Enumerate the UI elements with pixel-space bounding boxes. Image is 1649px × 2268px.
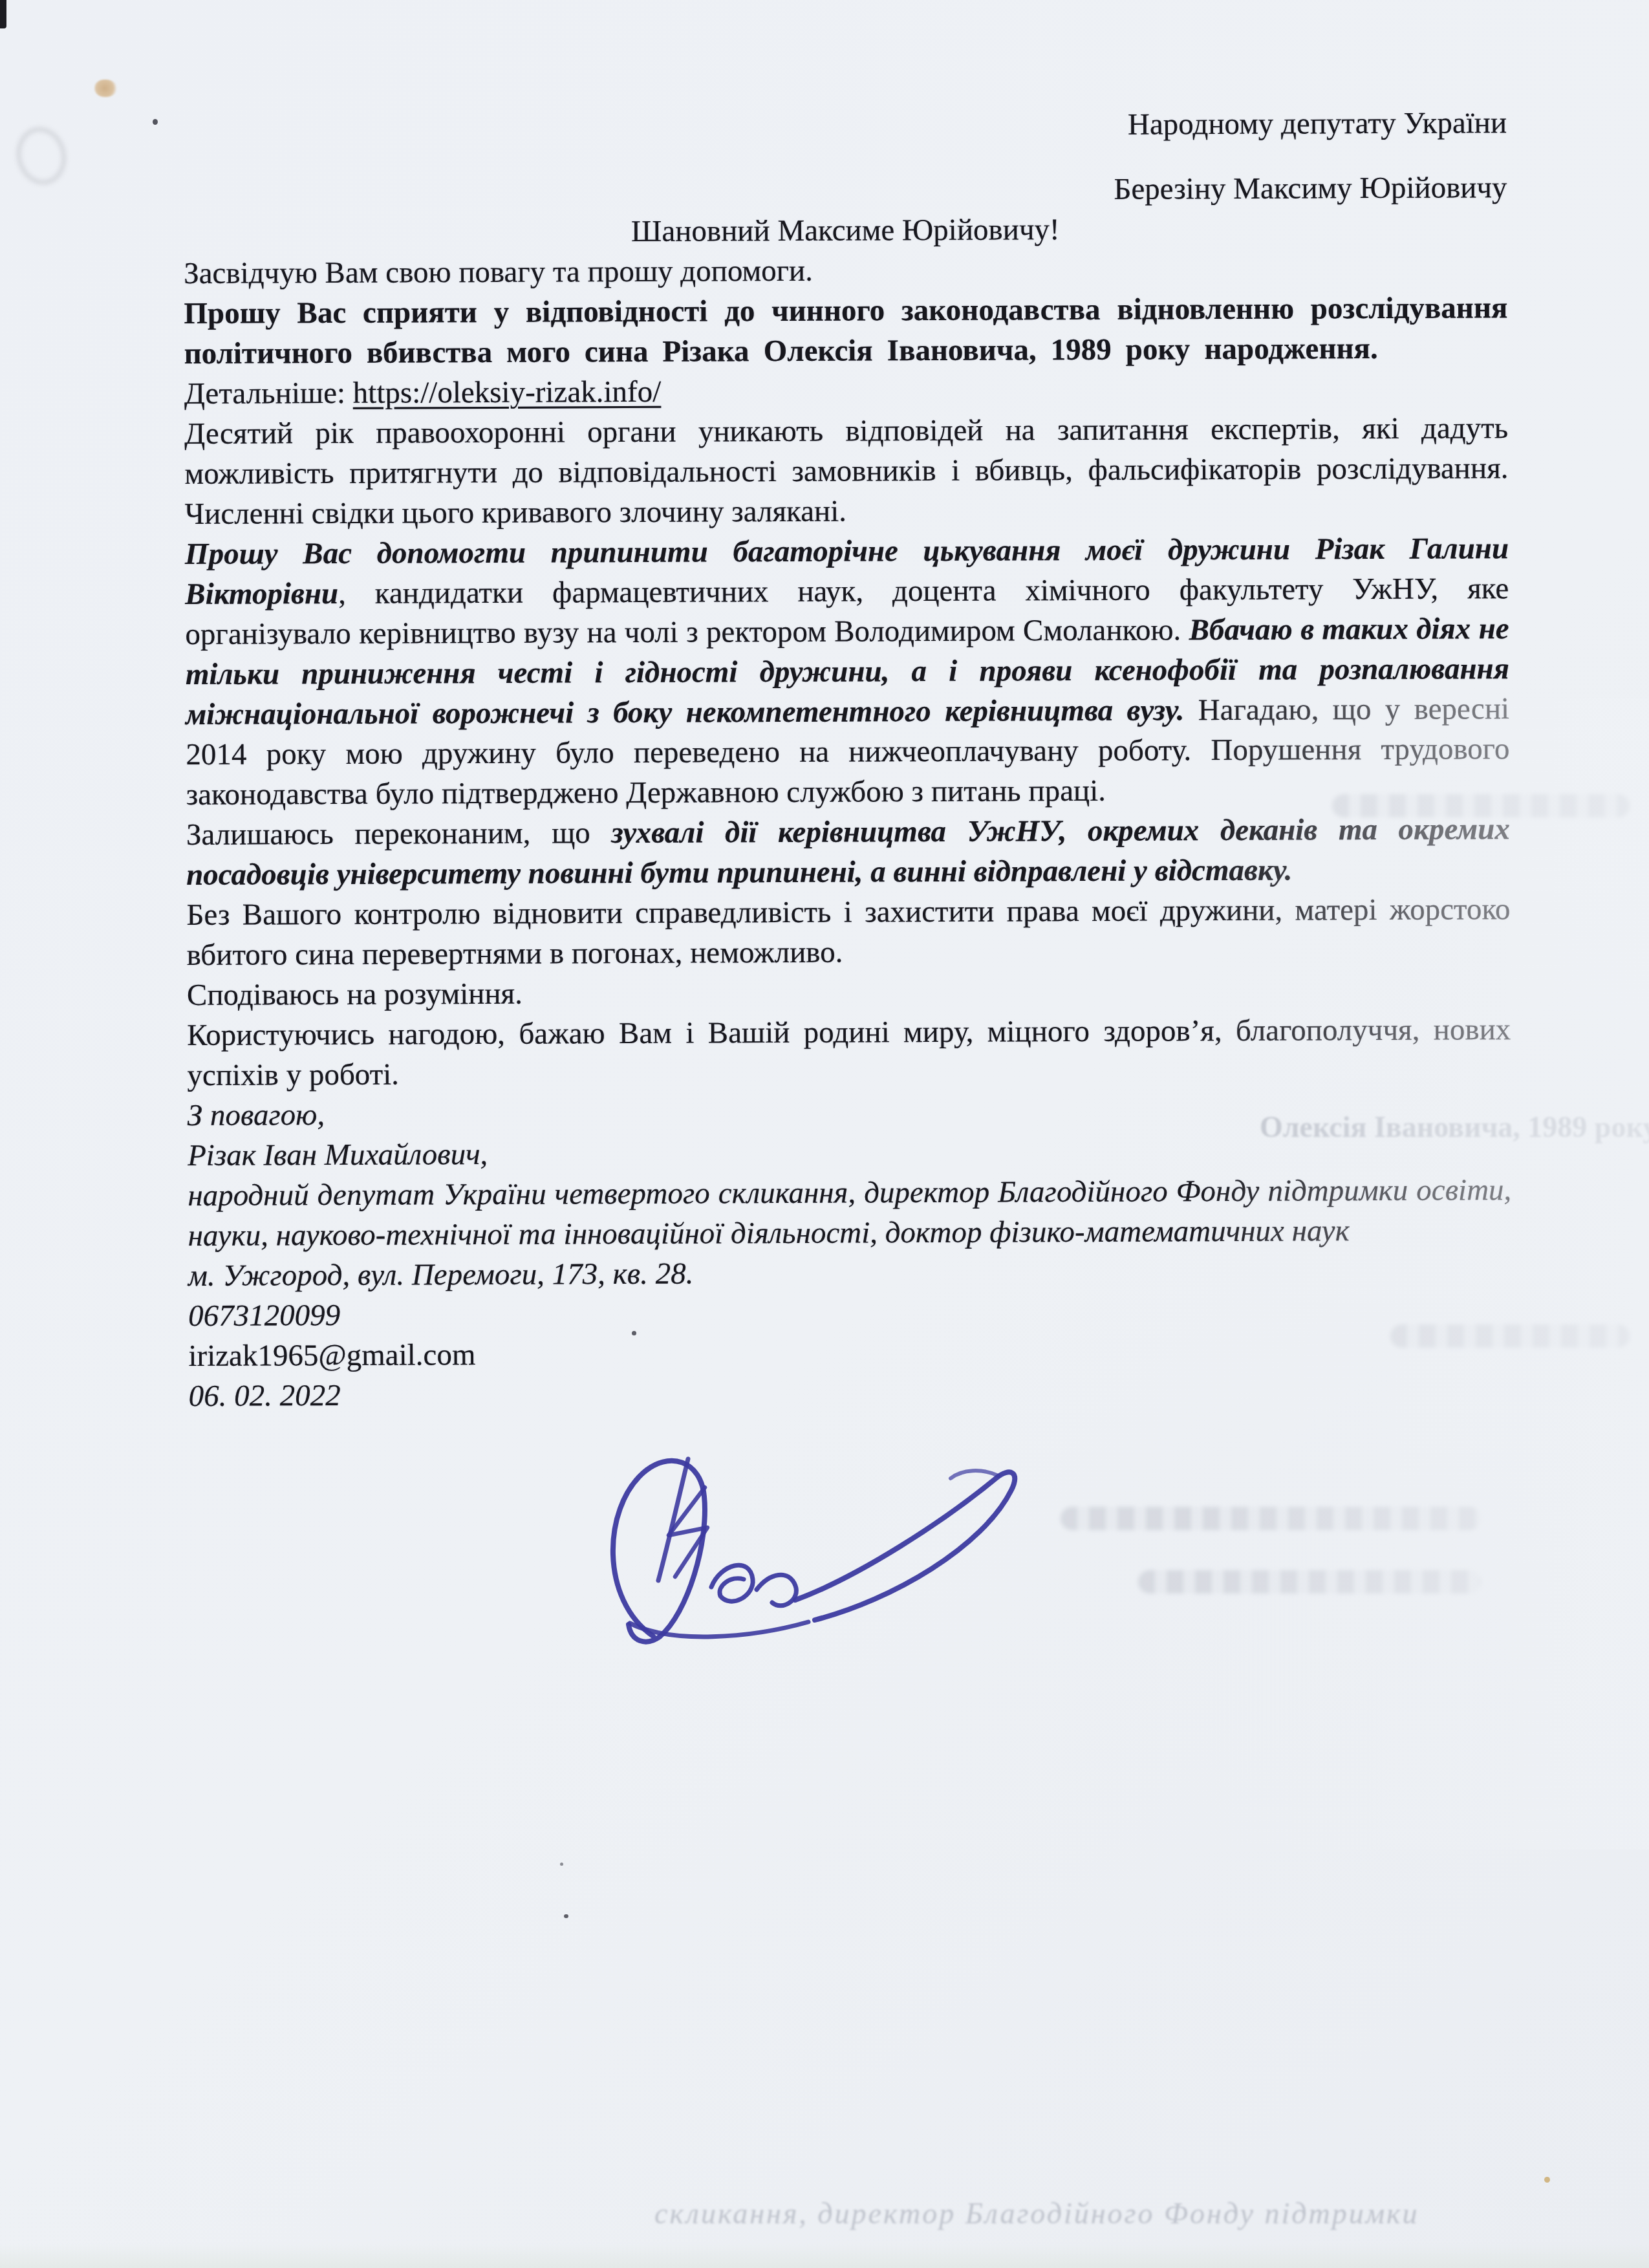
paper-speck xyxy=(560,1863,563,1866)
link-oleksiy-rizak: https://oleksiy-rizak.info/ xyxy=(353,375,662,410)
paragraph-tenth-year: Десятий рік правоохоронні органи уникают… xyxy=(184,408,1509,534)
paragraph-wishes: Користуючись нагодою, бажаю Вам і Вашій … xyxy=(187,1010,1511,1096)
signer-title: народний депутат України четвертого скли… xyxy=(188,1170,1512,1256)
scan-bottom-edge xyxy=(0,2244,1649,2268)
ghost-text-fund: скликання, директор Благодійного Фонду п… xyxy=(654,2196,1419,2230)
scan-corner-mark xyxy=(0,0,6,28)
details-label: Детальніше: xyxy=(184,376,353,411)
paper-speck xyxy=(632,1331,636,1335)
paragraph-control: Без Вашого контролю відновити справедлив… xyxy=(186,889,1511,975)
signer-phone: 0673120099 xyxy=(188,1290,1512,1336)
paper-speck xyxy=(153,119,158,125)
recipient-line-2: Березіну Максиму Юрійовичу xyxy=(183,167,1507,213)
scan-smudge-streak xyxy=(1061,1507,1481,1530)
convinced-segment-1: Залишаюсь переконаним, що xyxy=(186,816,612,852)
signer-address: м. Ужгород, вул. Перемоги, 173, кв. 28. xyxy=(188,1250,1512,1296)
paragraph-hope: Сподіваюсь на розуміння. xyxy=(187,969,1511,1015)
recipient-line-1: Народному депутату України xyxy=(183,103,1507,149)
signer-name: Різак Іван Михайлович, xyxy=(188,1130,1511,1176)
paragraph-convinced: Залишаюсь переконаним, що зухвалі дії ке… xyxy=(186,809,1511,895)
paper-smudge xyxy=(10,122,72,190)
scanned-letter-page: Народному депутату України Березіну Макс… xyxy=(0,0,1649,2268)
letter-date: 06. 02. 2022 xyxy=(189,1370,1513,1416)
paper-speck xyxy=(1544,2177,1550,2183)
salutation: Шановний Максиме Юрійовичу! xyxy=(184,208,1507,254)
scan-smudge-streak xyxy=(1138,1570,1481,1593)
paper-stain xyxy=(94,80,118,97)
letter-body: Народному депутату України Березіну Макс… xyxy=(183,103,1513,1416)
paper-speck xyxy=(564,1914,568,1918)
paragraph-request: Прошу Вас сприяти у відповідності до чин… xyxy=(184,288,1508,374)
recipient-block: Народному депутату України Березіну Макс… xyxy=(183,103,1507,213)
paragraph-respect: Засвідчую Вам свою повагу та прошу допом… xyxy=(184,248,1507,294)
closing: З повагою, xyxy=(188,1090,1511,1136)
signer-email: irizak1965@gmail.com xyxy=(188,1330,1512,1376)
handwritten-signature-icon xyxy=(555,1450,1059,1650)
paragraph-help-wife: Прошу Вас допомогти припинити багаторічн… xyxy=(185,528,1510,815)
paragraph-details: Детальніше: https://oleksiy-rizak.info/ xyxy=(184,368,1508,414)
